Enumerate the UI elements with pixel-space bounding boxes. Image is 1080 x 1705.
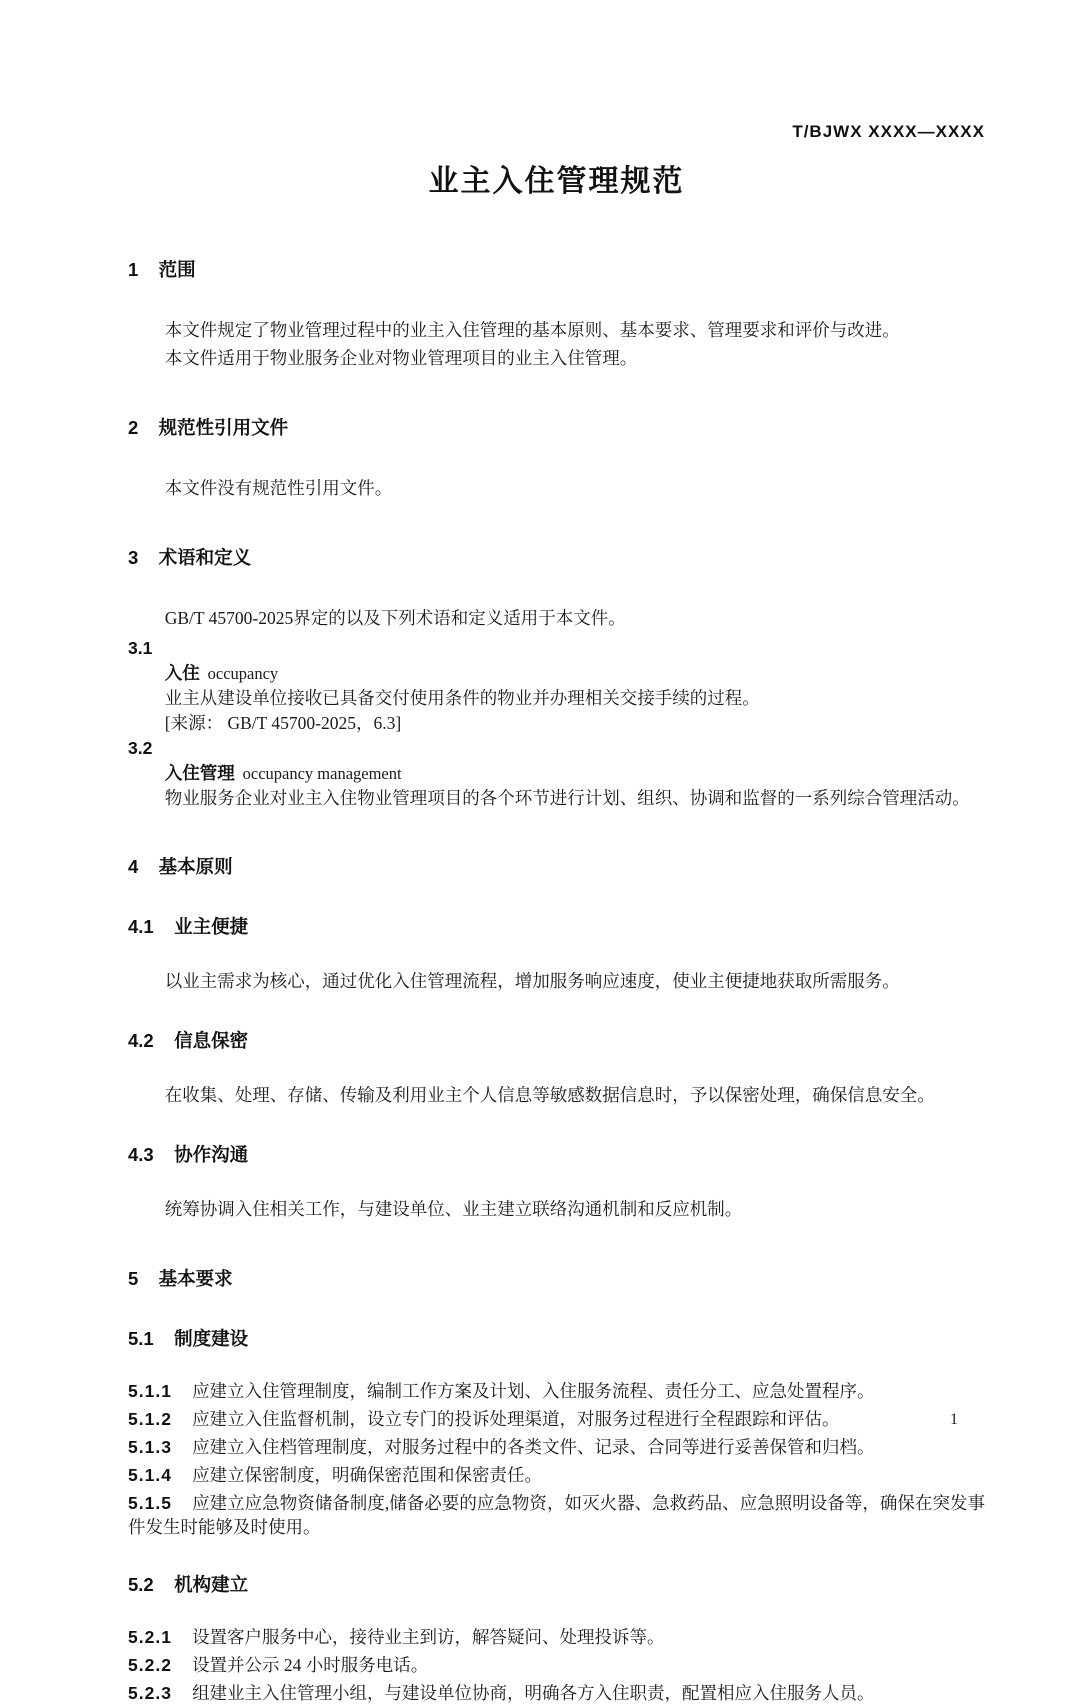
- clause-5-1-3: 5.1.3应建立入住档管理制度，对服务过程中的各类文件、记录、合同等进行妥善保管…: [128, 1435, 985, 1459]
- clause-5-2-3: 5.2.3组建业主入住管理小组，与建设单位协商，明确各方入住职责，配置相应入住服…: [128, 1681, 985, 1705]
- doc-reference-number: T/BJWX XXXX—XXXX: [128, 122, 985, 142]
- section-heading-1: 1范围: [128, 256, 985, 282]
- clause-number: 5.1.3: [128, 1437, 172, 1457]
- document-page: T/BJWX XXXX—XXXX 业主入住管理规范 1范围 本文件规定了物业管理…: [0, 0, 1080, 1527]
- section-title: 制度建设: [174, 1328, 248, 1349]
- clause-number: 5.1.4: [128, 1465, 172, 1485]
- term-entry-3-2: 3.2 入住管理occupancy management 物业服务企业对业主入住…: [128, 736, 985, 811]
- paragraph: 本文件规定了物业管理过程中的业主入住管理的基本原则、基本要求、管理要求和评价与改…: [128, 316, 985, 344]
- term-definition: 业主从建设单位接收已具备交付使用条件的物业并办理相关交接手续的过程。: [128, 686, 985, 711]
- section-title: 基本原则: [159, 856, 233, 877]
- clause-text: 应建立入住管理制度，编制工作方案及计划、入住服务流程、责任分工、应急处置程序。: [192, 1381, 875, 1401]
- clause-5-2-1: 5.2.1设置客户服务中心，接待业主到访，解答疑问、处理投诉等。: [128, 1625, 985, 1649]
- section-number: 4.2: [128, 1030, 154, 1051]
- section-number: 4.3: [128, 1144, 154, 1165]
- clause-text: 设置并公示 24 小时服务电话。: [192, 1655, 428, 1675]
- paragraph: 统筹协调入住相关工作，与建设单位、业主建立联络沟通机制和反应机制。: [128, 1195, 985, 1223]
- term-name: 入住: [165, 663, 200, 683]
- clause-text: 应建立应急物资储备制度,储备必要的应急物资，如灭火器、急救药品、应急照明设备等，…: [128, 1493, 985, 1537]
- doc-title: 业主入住管理规范: [128, 156, 985, 200]
- clause-5-1-5: 5.1.5应建立应急物资储备制度,储备必要的应急物资，如灭火器、急救药品、应急照…: [128, 1491, 985, 1539]
- clause-text: 组建业主入住管理小组，与建设单位协商，明确各方入住职责，配置相应入住服务人员。: [192, 1683, 875, 1703]
- terms-intro: GB/T 45700-2025界定的以及下列术语和定义适用于本文件。: [128, 604, 985, 632]
- term-entry-3-1: 3.1 入住occupancy 业主从建设单位接收已具备交付使用条件的物业并办理…: [128, 636, 985, 736]
- section-title: 规范性引用文件: [159, 417, 289, 438]
- clause-5-1-4: 5.1.4应建立保密制度，明确保密范围和保密责任。: [128, 1463, 985, 1487]
- section-heading-4-2: 4.2信息保密: [128, 1027, 985, 1053]
- clause-number: 5.1.5: [128, 1493, 172, 1513]
- section-title: 信息保密: [174, 1030, 248, 1051]
- section-heading-4-3: 4.3协作沟通: [128, 1141, 985, 1167]
- section-number: 5.1: [128, 1328, 154, 1349]
- section-title: 基本要求: [159, 1268, 233, 1289]
- clause-number: 5.2.2: [128, 1655, 172, 1675]
- section-heading-5-1: 5.1制度建设: [128, 1325, 985, 1351]
- paragraph: 以业主需求为核心，通过优化入住管理流程，增加服务响应速度，使业主便捷地获取所需服…: [128, 967, 985, 995]
- section-number: 5.2: [128, 1574, 154, 1595]
- clause-text: 应建立保密制度，明确保密范围和保密责任。: [192, 1465, 542, 1485]
- section-heading-5: 5基本要求: [128, 1265, 985, 1291]
- paragraph: 在收集、处理、存储、传输及利用业主个人信息等敏感数据信息时，予以保密处理，确保信…: [128, 1081, 985, 1109]
- clause-text: 设置客户服务中心，接待业主到访，解答疑问、处理投诉等。: [192, 1627, 665, 1647]
- section-heading-5-2: 5.2机构建立: [128, 1571, 985, 1597]
- section-number: 2: [128, 417, 138, 438]
- paragraph: 本文件适用于物业服务企业对物业管理项目的业主入住管理。: [128, 344, 985, 372]
- term-number: 3.2: [128, 736, 985, 761]
- section-title: 术语和定义: [159, 547, 252, 568]
- term-line: 入住occupancy: [128, 661, 985, 686]
- term-name: 入住管理: [165, 763, 235, 783]
- section-title: 机构建立: [174, 1574, 248, 1595]
- section-number: 5: [128, 1268, 138, 1289]
- section-number: 3: [128, 547, 138, 568]
- clause-5-2-2: 5.2.2设置并公示 24 小时服务电话。: [128, 1653, 985, 1677]
- term-source: [来源： GB/T 45700-2025，6.3]: [128, 711, 985, 736]
- page-number: 1: [950, 1411, 958, 1429]
- term-line: 入住管理occupancy management: [128, 761, 985, 786]
- section-title: 协作沟通: [174, 1144, 248, 1165]
- clause-number: 5.1.1: [128, 1381, 172, 1401]
- section-number: 4.1: [128, 916, 154, 937]
- section-title: 范围: [159, 259, 196, 280]
- section-heading-4-1: 4.1业主便捷: [128, 913, 985, 939]
- term-number: 3.1: [128, 636, 985, 661]
- section-heading-3: 3术语和定义: [128, 544, 985, 570]
- term-english: occupancy management: [243, 764, 402, 783]
- paragraph: 本文件没有规范性引用文件。: [128, 474, 985, 502]
- clause-text: 应建立入住监督机制，设立专门的投诉处理渠道，对服务过程进行全程跟踪和评估。: [192, 1409, 840, 1429]
- term-definition: 物业服务企业对业主入住物业管理项目的各个环节进行计划、组织、协调和监督的一系列综…: [128, 786, 985, 811]
- clause-number: 5.2.1: [128, 1627, 172, 1647]
- clause-text: 应建立入住档管理制度，对服务过程中的各类文件、记录、合同等进行妥善保管和归档。: [192, 1437, 875, 1457]
- section-title: 业主便捷: [174, 916, 248, 937]
- clause-number: 5.2.3: [128, 1683, 172, 1703]
- term-english: occupancy: [208, 664, 279, 683]
- section-heading-2: 2规范性引用文件: [128, 414, 985, 440]
- section-heading-4: 4基本原则: [128, 853, 985, 879]
- clause-5-1-1: 5.1.1应建立入住管理制度，编制工作方案及计划、入住服务流程、责任分工、应急处…: [128, 1379, 985, 1403]
- clause-number: 5.1.2: [128, 1409, 172, 1429]
- clause-5-1-2: 5.1.2应建立入住监督机制，设立专门的投诉处理渠道，对服务过程进行全程跟踪和评…: [128, 1407, 985, 1431]
- section-number: 1: [128, 259, 138, 280]
- section-number: 4: [128, 856, 138, 877]
